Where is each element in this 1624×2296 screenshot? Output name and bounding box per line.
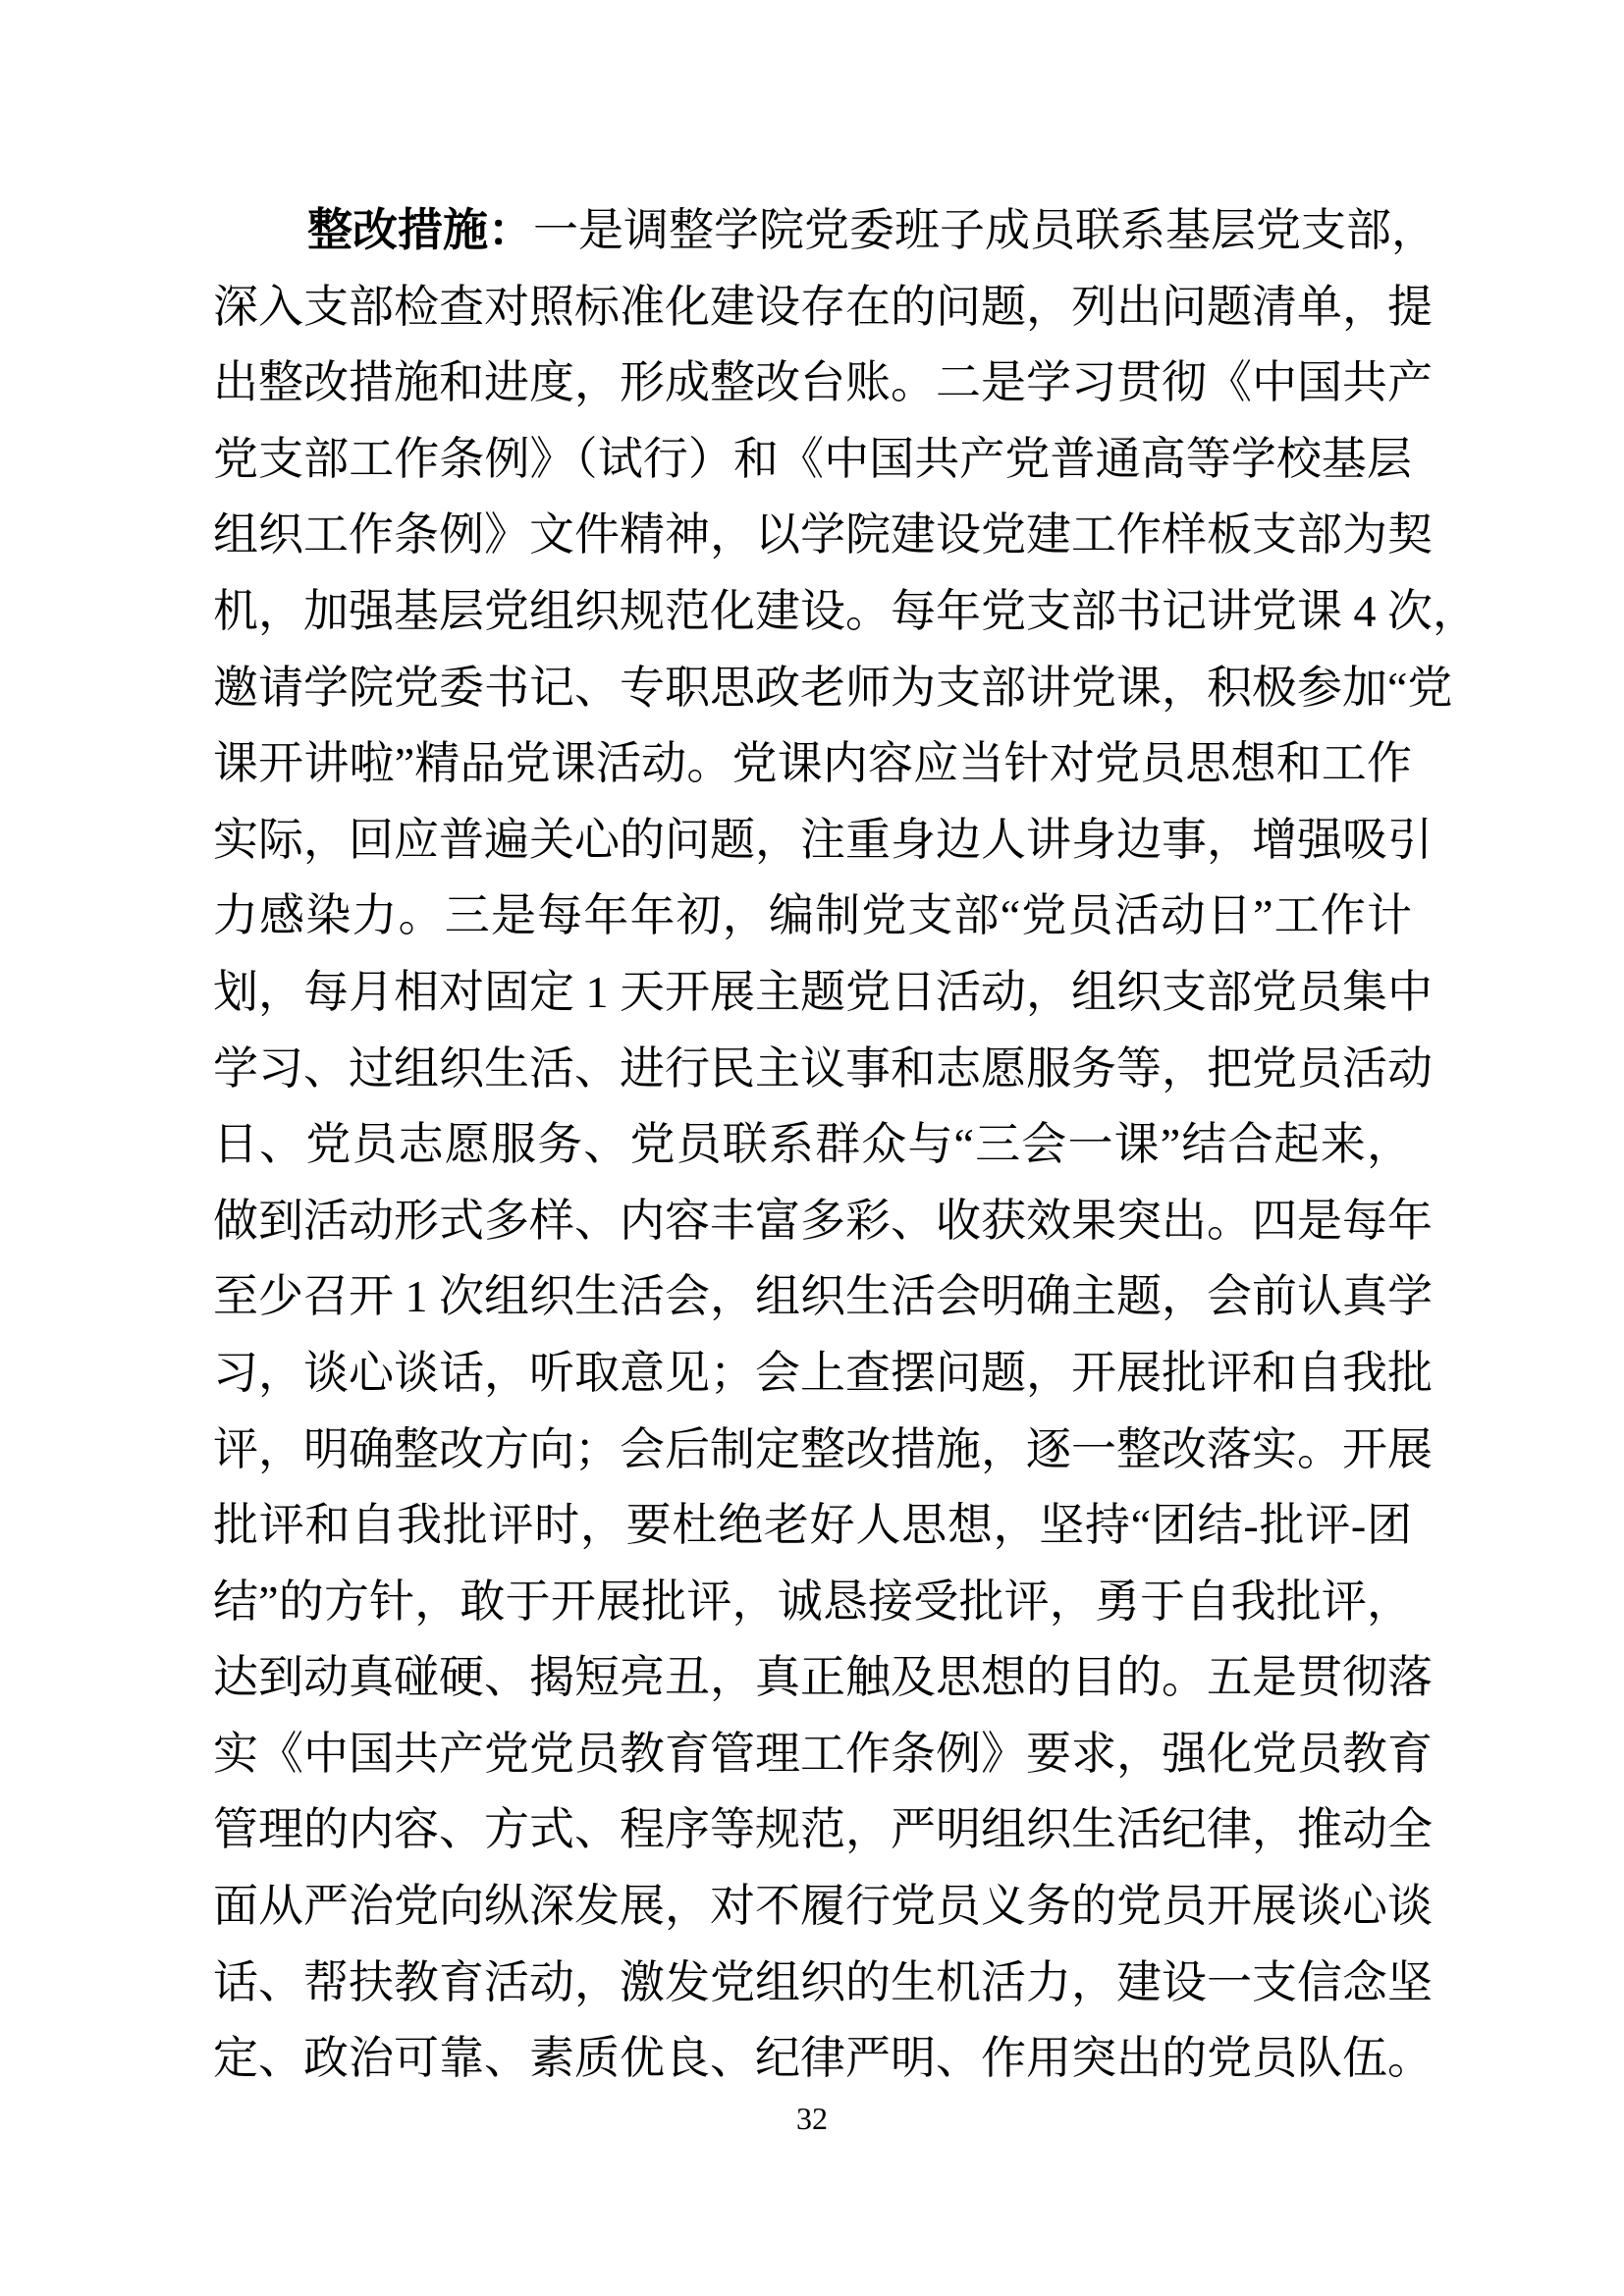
paragraph-rectification-measures: 整改措施：一是调整学院党委班子成员联系基层党支部， 深入支部检查对照标准化建设存…: [213, 192, 1412, 2097]
paragraph-line: 学习、过组织生活、进行民主议事和志愿服务等，把党员活动: [213, 1031, 1412, 1107]
paragraph-line-text: 一是调整学院党委班子成员联系基层党支部，: [533, 205, 1436, 255]
paragraph-line: 话、帮扶教育活动，激发党组织的生机活力，建设一支信念坚: [213, 1945, 1412, 2021]
paragraph-lead: 整改措施：: [307, 205, 533, 255]
document-page: 整改措施：一是调整学院党委班子成员联系基层党支部， 深入支部检查对照标准化建设存…: [0, 0, 1624, 2296]
paragraph-line: 力感染力。三是每年年初，编制党支部“党员活动日”工作计: [213, 878, 1412, 954]
paragraph-line: 定、政治可靠、素质优良、纪律严明、作用突出的党员队伍。: [213, 2020, 1412, 2097]
paragraph-line: 深入支部检查对照标准化建设存在的问题，列出问题清单，提: [213, 269, 1412, 346]
paragraph-line: 课开讲啦”精品党课活动。党课内容应当针对党员思想和工作: [213, 725, 1412, 802]
paragraph-line: 出整改措施和进度，形成整改台账。二是学习贯彻《中国共产: [213, 345, 1412, 421]
paragraph-line: 实《中国共产党党员教育管理工作条例》要求，强化党员教育: [213, 1716, 1412, 1792]
paragraph-line: 邀请学院党委书记、专职思政老师为支部讲党课，积极参加“党: [213, 650, 1412, 726]
paragraph-line: 划，每月相对固定 1 天开展主题党日活动，组织支部党员集中: [213, 954, 1412, 1031]
paragraph-line: 至少召开 1 次组织生活会，组织生活会明确主题，会前认真学: [213, 1258, 1412, 1335]
paragraph-line: 整改措施：一是调整学院党委班子成员联系基层党支部，: [213, 192, 1412, 269]
page-number: 32: [0, 2097, 1624, 2140]
paragraph-line: 面从严治党向纵深发展，对不履行党员义务的党员开展谈心谈: [213, 1868, 1412, 1945]
paragraph-line: 评，明确整改方向；会后制定整改措施，逐一整改落实。开展: [213, 1412, 1412, 1488]
paragraph-line: 结”的方针，敢于开展批评，诚恳接受批评，勇于自我批评，: [213, 1564, 1412, 1640]
paragraph-line: 日、党员志愿服务、党员联系群众与“三会一课”结合起来，: [213, 1106, 1412, 1183]
paragraph-line: 达到动真碰硬、揭短亮丑，真正触及思想的目的。五是贯彻落: [213, 1639, 1412, 1716]
paragraph-line: 党支部工作条例》（试行）和《中国共产党普通高等学校基层: [213, 421, 1412, 498]
paragraph-line: 批评和自我批评时，要杜绝老好人思想，坚持“团结-批评-团: [213, 1487, 1412, 1564]
paragraph-line: 做到活动形式多样、内容丰富多彩、收获效果突出。四是每年: [213, 1183, 1412, 1259]
paragraph-line: 实际，回应普遍关心的问题，注重身边人讲身边事，增强吸引: [213, 802, 1412, 879]
paragraph-line: 习，谈心谈话，听取意见；会上查摆问题，开展批评和自我批: [213, 1335, 1412, 1412]
paragraph-line: 组织工作条例》文件精神，以学院建设党建工作样板支部为契: [213, 497, 1412, 573]
paragraph-line: 机，加强基层党组织规范化建设。每年党支部书记讲党课 4 次，: [213, 573, 1412, 650]
paragraph-line: 管理的内容、方式、程序等规范，严明组织生活纪律，推动全: [213, 1791, 1412, 1868]
